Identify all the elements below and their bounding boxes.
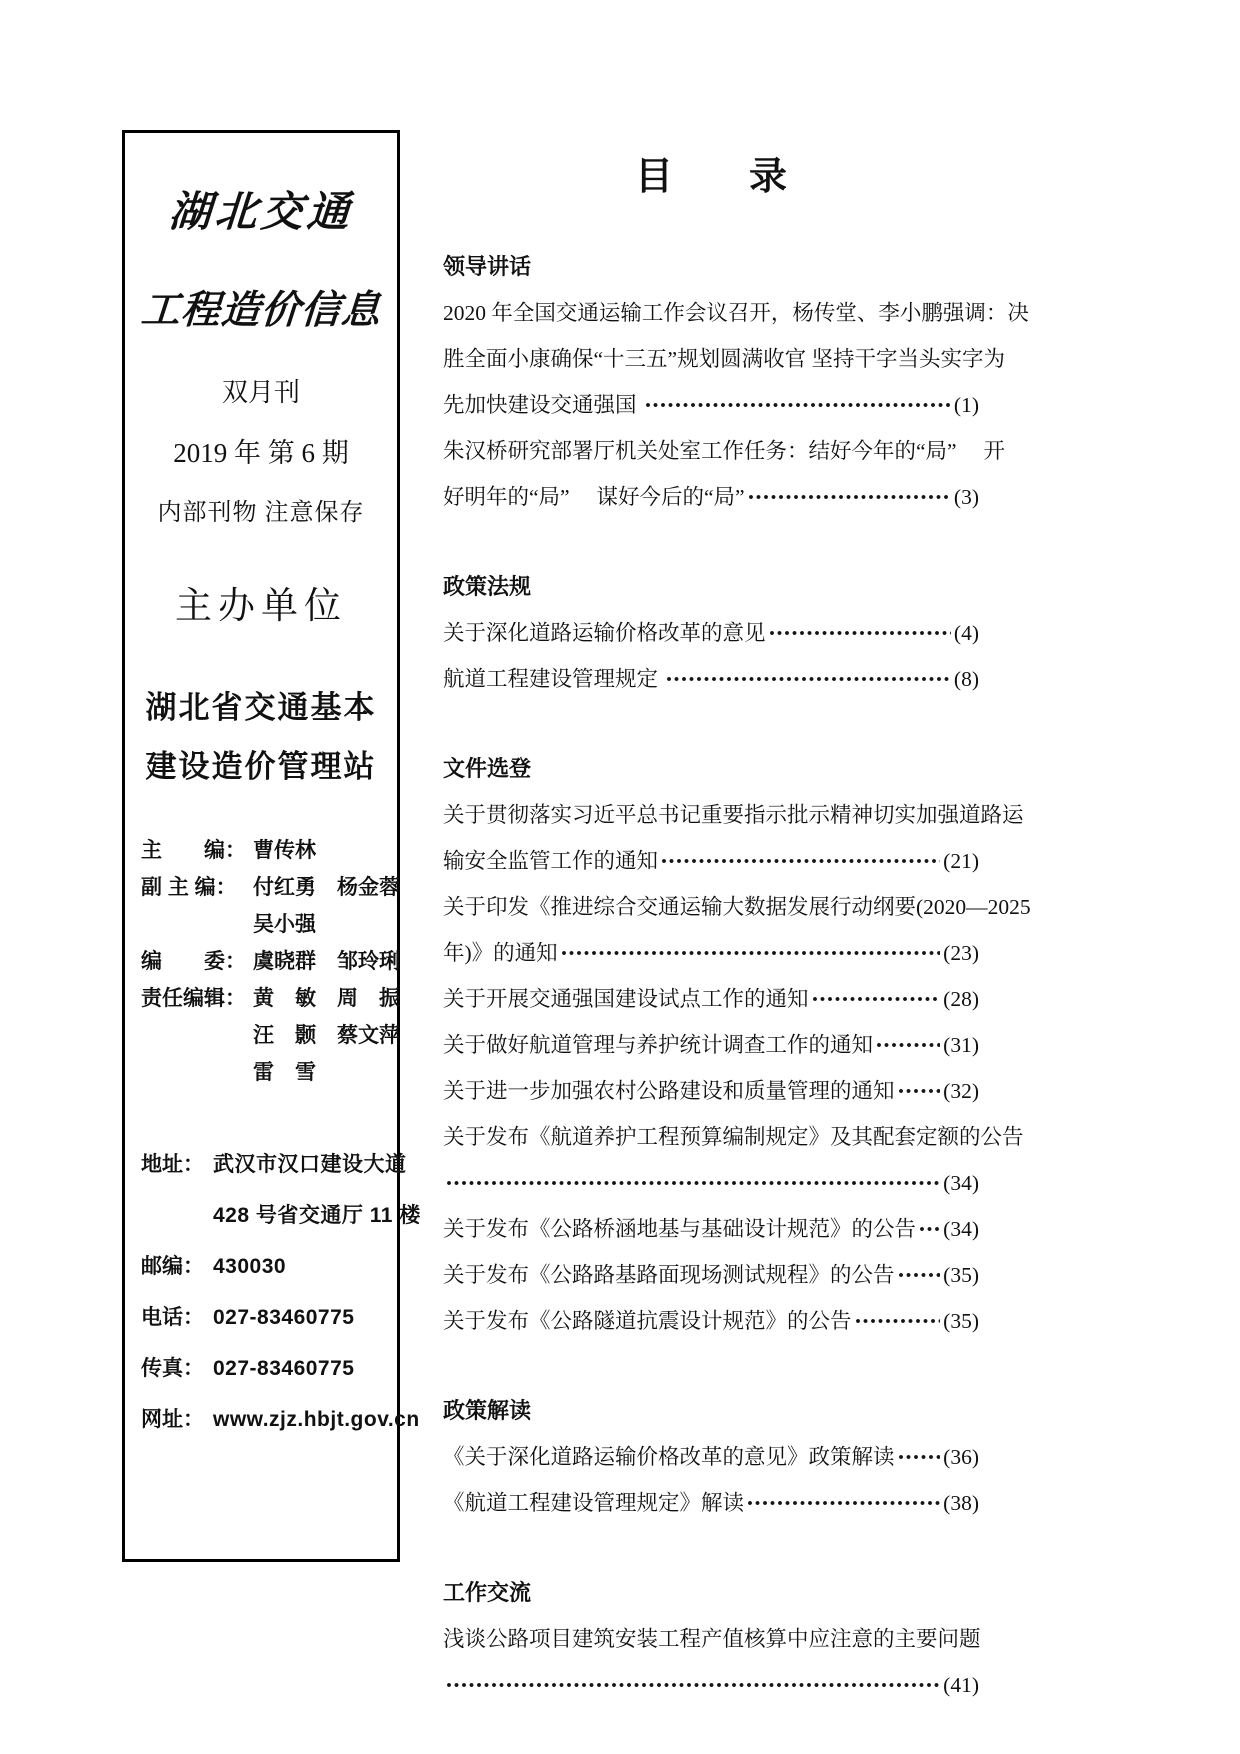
toc-line: (34) [443, 1160, 979, 1206]
editor-role-label: 责任编辑： [141, 980, 253, 1017]
editor-name: 雷 雪 [253, 1054, 316, 1091]
toc-page-number: (4) [954, 610, 979, 656]
toc-page-number: (32) [943, 1068, 979, 1114]
journal-frequency: 双月刊 [125, 380, 397, 406]
editor-name: 汪 颢 蔡文萍 [253, 1017, 400, 1054]
organizer-label: 主办单位 [125, 587, 397, 624]
dot-leader [666, 656, 951, 702]
toc-line: 《关于深化道路运输价格改革的意见》政策解读(36) [443, 1434, 979, 1480]
toc-entry-text: 浅谈公路项目建筑安装工程产值核算中应注意的主要问题 [443, 1616, 981, 1662]
dot-leader [769, 610, 951, 656]
toc-entry-text: 《关于深化道路运输价格改革的意见》政策解读 [443, 1434, 895, 1480]
contact-label: 网址： [141, 1394, 213, 1445]
toc-section: 文件选登关于贯彻落实习近平总书记重要指示批示精神切实加强道路运输安全监管工作的通… [443, 746, 979, 1344]
dot-leader [661, 838, 940, 884]
journal-title-line1: 湖北交通 [124, 191, 399, 233]
toc-line: 好明年的“局” 谋好今后的“局”(3) [443, 474, 979, 520]
toc-line: 输安全监管工作的通知(21) [443, 838, 979, 884]
toc-page-number: (36) [943, 1434, 979, 1480]
toc-entry-text: 关于发布《公路路基路面现场测试规程》的公告 [443, 1252, 895, 1298]
contact-value: 027-83460775 [213, 1343, 354, 1394]
toc-section-heading: 文件选登 [443, 746, 979, 792]
info-row: 传真：027-83460775 [141, 1343, 383, 1394]
editor-name: 虞晓群 邹玲琍 [253, 943, 400, 980]
toc-entry: 2020 年全国交通运输工作会议召开，杨传堂、李小鹏强调：决胜全面小康确保“十三… [443, 290, 979, 428]
editor-role-label [141, 906, 253, 943]
dot-leader [855, 1298, 941, 1344]
toc-entry: 关于印发《推进综合交通运输大数据发展行动纲要(2020—2025年)》的通知(2… [443, 884, 979, 976]
editor-role-label: 副 主 编： [141, 869, 253, 906]
toc-page-number: (41) [943, 1662, 979, 1708]
toc-page-number: (34) [943, 1206, 979, 1252]
editor-name: 付红勇 杨金蓉 [253, 869, 400, 906]
toc-section-heading: 领导讲话 [443, 244, 979, 290]
contact-value: 430030 [213, 1241, 286, 1292]
info-row: 责任编辑：黄 敏 周 振 [141, 980, 383, 1017]
toc-entry: 浅谈公路项目建筑安装工程产值核算中应注意的主要问题(41) [443, 1616, 979, 1708]
toc-entry: 《关于深化道路运输价格改革的意见》政策解读(36) [443, 1434, 979, 1480]
toc-section: 工作交流浅谈公路项目建筑安装工程产值核算中应注意的主要问题(41) [443, 1570, 979, 1708]
info-row: 编 委：虞晓群 邹玲琍 [141, 943, 383, 980]
toc-entry-text: 2020 年全国交通运输工作会议召开，杨传堂、李小鹏强调：决 [443, 290, 1029, 336]
toc-page-number: (21) [943, 838, 979, 884]
info-row: 电话：027-83460775 [141, 1292, 383, 1343]
organizer-name-line2: 建设造价管理站 [125, 751, 397, 782]
toc-page-number: (3) [954, 474, 979, 520]
editor-role-label: 主 编： [141, 832, 253, 869]
toc-line: 关于印发《推进综合交通运输大数据发展行动纲要(2020—2025 [443, 884, 979, 930]
toc-section-heading: 工作交流 [443, 1570, 979, 1616]
contact-label [141, 1190, 213, 1241]
toc-line: 航道工程建设管理规定 (8) [443, 656, 979, 702]
toc-entry: 关于做好航道管理与养护统计调查工作的通知(31) [443, 1022, 979, 1068]
contact-label: 邮编： [141, 1241, 213, 1292]
organizer-name-line1: 湖北省交通基本 [125, 692, 397, 723]
contact-value: www.zjz.hbjt.gov.cn [213, 1394, 420, 1445]
info-row: 网址：www.zjz.hbjt.gov.cn [141, 1394, 383, 1445]
toc-entry-text: 关于做好航道管理与养护统计调查工作的通知 [443, 1022, 873, 1068]
table-of-contents: 目 录 领导讲话2020 年全国交通运输工作会议召开，杨传堂、李小鹏强调：决胜全… [443, 158, 979, 1752]
toc-entry-text: 关于开展交通强国建设试点工作的通知 [443, 976, 809, 1022]
editor-name: 曹传林 [253, 832, 316, 869]
toc-entry-text: 关于发布《航道养护工程预算编制规定》及其配套定额的公告 [443, 1114, 1024, 1160]
contact-value: 武汉市汉口建设大道 [213, 1139, 407, 1190]
toc-line: 朱汉桥研究部署厅机关处室工作任务：结好今年的“局” 开 [443, 428, 979, 474]
toc-entry: 朱汉桥研究部署厅机关处室工作任务：结好今年的“局” 开好明年的“局” 谋好今后的… [443, 428, 979, 520]
toc-line: (41) [443, 1662, 979, 1708]
dot-leader [645, 382, 951, 428]
toc-entry-text: 朱汉桥研究部署厅机关处室工作任务：结好今年的“局” 开 [443, 428, 1005, 474]
editor-name: 吴小强 [253, 906, 316, 943]
toc-line: 浅谈公路项目建筑安装工程产值核算中应注意的主要问题 [443, 1616, 979, 1662]
info-row: 邮编：430030 [141, 1241, 383, 1292]
toc-entry: 关于发布《航道养护工程预算编制规定》及其配套定额的公告(34) [443, 1114, 979, 1206]
dot-leader [561, 930, 941, 976]
contact-label: 传真： [141, 1343, 213, 1394]
toc-line: 关于发布《航道养护工程预算编制规定》及其配套定额的公告 [443, 1114, 979, 1160]
toc-page-number: (1) [954, 382, 979, 428]
toc-entry-text: 《航道工程建设管理规定》解读 [443, 1480, 744, 1526]
toc-line: 《航道工程建设管理规定》解读(38) [443, 1480, 979, 1526]
toc-section: 领导讲话2020 年全国交通运输工作会议召开，杨传堂、李小鹏强调：决胜全面小康确… [443, 244, 979, 520]
toc-line: 年)》的通知(23) [443, 930, 979, 976]
info-row: 主 编：曹传林 [141, 832, 383, 869]
toc-entry: 《航道工程建设管理规定》解读(38) [443, 1480, 979, 1526]
toc-title: 目 录 [443, 158, 979, 196]
toc-section-heading: 政策法规 [443, 564, 979, 610]
toc-entry-text: 关于印发《推进综合交通运输大数据发展行动纲要(2020—2025 [443, 884, 1031, 930]
editor-role-label [141, 1017, 253, 1054]
toc-line: 先加快建设交通强国 (1) [443, 382, 979, 428]
toc-page-number: (8) [954, 656, 979, 702]
toc-entry-text: 好明年的“局” 谋好今后的“局” [443, 474, 745, 520]
toc-entry: 关于开展交通强国建设试点工作的通知(28) [443, 976, 979, 1022]
toc-entry: 关于进一步加强农村公路建设和质量管理的通知(32) [443, 1068, 979, 1114]
toc-section: 政策法规关于深化道路运输价格改革的意见(4)航道工程建设管理规定 (8) [443, 564, 979, 702]
toc-section: 政策解读《关于深化道路运输价格改革的意见》政策解读(36)《航道工程建设管理规定… [443, 1388, 979, 1526]
editors-block: 主 编：曹传林副 主 编：付红勇 杨金蓉吴小强编 委：虞晓群 邹玲琍责任编辑：黄… [125, 832, 397, 1091]
toc-entry-text: 航道工程建设管理规定 [443, 656, 663, 702]
toc-entry-text: 关于贯彻落实习近平总书记重要指示批示精神切实加强道路运 [443, 792, 1024, 838]
info-row: 吴小强 [141, 906, 383, 943]
journal-title-line2: 工程造价信息 [124, 291, 399, 330]
toc-entry-text: 关于进一步加强农村公路建设和质量管理的通知 [443, 1068, 895, 1114]
contact-block: 地址：武汉市汉口建设大道428 号省交通厅 11 楼邮编：430030电话：02… [125, 1139, 397, 1445]
dot-leader [876, 1022, 940, 1068]
dot-leader [898, 1068, 941, 1114]
info-row: 雷 雪 [141, 1054, 383, 1091]
toc-line: 关于发布《公路路基路面现场测试规程》的公告(35) [443, 1252, 979, 1298]
editor-name: 黄 敏 周 振 [253, 980, 400, 1017]
toc-entry-text: 先加快建设交通强国 [443, 382, 642, 428]
toc-line: 2020 年全国交通运输工作会议召开，杨传堂、李小鹏强调：决 [443, 290, 979, 336]
toc-entry-text: 关于发布《公路桥涵地基与基础设计规范》的公告 [443, 1206, 916, 1252]
toc-line: 关于开展交通强国建设试点工作的通知(28) [443, 976, 979, 1022]
info-row: 汪 颢 蔡文萍 [141, 1017, 383, 1054]
toc-page-number: (28) [943, 976, 979, 1022]
toc-line: 关于贯彻落实习近平总书记重要指示批示精神切实加强道路运 [443, 792, 979, 838]
editor-role-label: 编 委： [141, 943, 253, 980]
toc-page-number: (31) [943, 1022, 979, 1068]
journal-issue: 2019 年 第 6 期 [125, 440, 397, 467]
toc-entry-text: 关于发布《公路隧道抗震设计规范》的公告 [443, 1298, 852, 1344]
editor-role-label [141, 1054, 253, 1091]
contact-label: 地址： [141, 1139, 213, 1190]
toc-page-number: (35) [943, 1298, 979, 1344]
toc-entry: 关于发布《公路路基路面现场测试规程》的公告(35) [443, 1252, 979, 1298]
toc-page-number: (35) [943, 1252, 979, 1298]
toc-sections: 领导讲话2020 年全国交通运输工作会议召开，杨传堂、李小鹏强调：决胜全面小康确… [443, 244, 979, 1708]
toc-line: 关于做好航道管理与养护统计调查工作的通知(31) [443, 1022, 979, 1068]
toc-entry: 关于发布《公路桥涵地基与基础设计规范》的公告(34) [443, 1206, 979, 1252]
dot-leader [446, 1662, 940, 1708]
toc-line: 关于发布《公路隧道抗震设计规范》的公告(35) [443, 1298, 979, 1344]
masthead-box: 湖北交通 工程造价信息 双月刊 2019 年 第 6 期 内部刊物 注意保存 主… [122, 130, 400, 1562]
toc-entry-text: 输安全监管工作的通知 [443, 838, 658, 884]
toc-entry: 关于深化道路运输价格改革的意见(4) [443, 610, 979, 656]
toc-page-number: (38) [943, 1480, 979, 1526]
dot-leader [747, 1480, 940, 1526]
toc-entry-text: 年)》的通知 [443, 930, 558, 976]
dot-leader [748, 474, 951, 520]
toc-page-number: (34) [943, 1160, 979, 1206]
contact-value: 428 号省交通厅 11 楼 [213, 1190, 421, 1241]
internal-notice: 内部刊物 注意保存 [125, 501, 397, 525]
contact-value: 027-83460775 [213, 1292, 354, 1343]
toc-entry: 航道工程建设管理规定 (8) [443, 656, 979, 702]
toc-line: 关于深化道路运输价格改革的意见(4) [443, 610, 979, 656]
toc-entry: 关于贯彻落实习近平总书记重要指示批示精神切实加强道路运输安全监管工作的通知(21… [443, 792, 979, 884]
dot-leader [919, 1206, 940, 1252]
toc-line: 关于进一步加强农村公路建设和质量管理的通知(32) [443, 1068, 979, 1114]
toc-section-heading: 政策解读 [443, 1388, 979, 1434]
contact-label: 电话： [141, 1292, 213, 1343]
info-row: 副 主 编：付红勇 杨金蓉 [141, 869, 383, 906]
toc-page-number: (23) [943, 930, 979, 976]
dot-leader [898, 1252, 941, 1298]
toc-line: 胜全面小康确保“十三五”规划圆满收官 坚持干字当头实字为 [443, 336, 979, 382]
dot-leader [446, 1160, 940, 1206]
dot-leader [898, 1434, 941, 1480]
toc-line: 关于发布《公路桥涵地基与基础设计规范》的公告(34) [443, 1206, 979, 1252]
info-row: 地址：武汉市汉口建设大道 [141, 1139, 383, 1190]
info-row: 428 号省交通厅 11 楼 [141, 1190, 383, 1241]
toc-entry: 关于发布《公路隧道抗震设计规范》的公告(35) [443, 1298, 979, 1344]
dot-leader [812, 976, 941, 1022]
toc-entry-text: 关于深化道路运输价格改革的意见 [443, 610, 766, 656]
toc-entry-text: 胜全面小康确保“十三五”规划圆满收官 坚持干字当头实字为 [443, 336, 1005, 382]
